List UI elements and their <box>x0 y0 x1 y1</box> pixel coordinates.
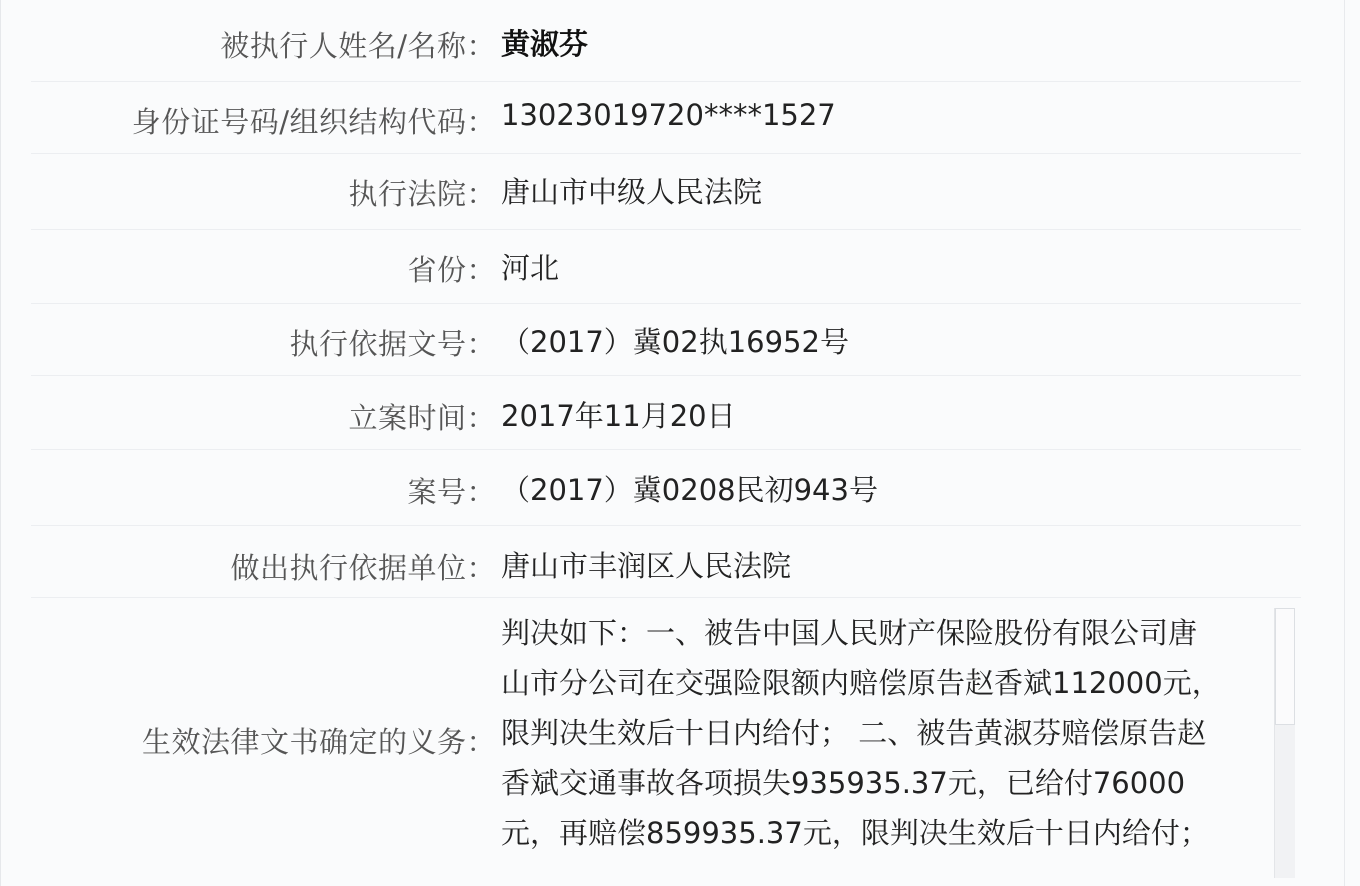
field-value: （2017）冀0208民初943号 <box>501 468 878 509</box>
field-row-obligation: 生效法律文书确定的义务： 判决如下：一、被告中国人民财产保险股份有限公司唐 山市… <box>31 598 1301 886</box>
obligation-line: 限判决生效后十日内给付； 二、被告黄淑芬赔偿原告赵 <box>501 708 1291 758</box>
field-row-case-number: 案号： （2017）冀0208民初943号 <box>31 450 1301 526</box>
field-value: 唐山市丰润区人民法院 <box>501 544 791 585</box>
field-value: 唐山市中级人民法院 <box>501 170 762 211</box>
field-label: 身份证号码/组织结构代码： <box>132 100 496 141</box>
field-row-issuing-unit: 做出执行依据单位： 唐山市丰润区人民法院 <box>31 526 1301 598</box>
obligation-text: 判决如下：一、被告中国人民财产保险股份有限公司唐 山市分公司在交强险限额内赔偿原… <box>501 608 1291 858</box>
field-row-filing-date: 立案时间： 2017年11月20日 <box>31 376 1301 450</box>
scrollbar-thumb[interactable] <box>1275 608 1295 725</box>
field-row-id-number: 身份证号码/组织结构代码： 13023019720****1527 <box>31 82 1301 154</box>
obligation-line: 香斌交通事故各项损失935935.37元，已给付76000 <box>501 758 1291 808</box>
obligation-line: 判决如下：一、被告中国人民财产保险股份有限公司唐 <box>501 608 1291 658</box>
obligation-scrollbar[interactable] <box>1274 608 1295 878</box>
obligation-line: 山市分公司在交强险限额内赔偿原告赵香斌112000元， <box>501 658 1291 708</box>
field-label: 做出执行依据单位： <box>230 546 496 587</box>
field-value: 河北 <box>501 246 559 287</box>
field-value: 黄淑芬 <box>501 22 588 63</box>
field-label: 执行依据文号： <box>289 322 496 363</box>
field-label: 被执行人姓名/名称： <box>220 24 496 65</box>
divider <box>1344 0 1345 886</box>
case-detail-panel: 被执行人姓名/名称： 黄淑芬 身份证号码/组织结构代码： 13023019720… <box>0 0 1360 886</box>
field-label: 立案时间： <box>348 396 496 437</box>
field-row-basis-doc: 执行依据文号： （2017）冀02执16952号 <box>31 304 1301 376</box>
field-row-province: 省份： 河北 <box>31 230 1301 304</box>
field-value: 2017年11月20日 <box>501 394 736 435</box>
obligation-line: 元，再赔偿859935.37元，限判决生效后十日内给付； <box>501 808 1291 858</box>
field-label: 省份： <box>407 248 496 289</box>
field-row-name: 被执行人姓名/名称： 黄淑芬 <box>31 0 1301 82</box>
field-value: 13023019720****1527 <box>501 98 836 132</box>
field-label: 执行法院： <box>348 172 496 213</box>
field-row-court: 执行法院： 唐山市中级人民法院 <box>31 154 1301 230</box>
field-value: （2017）冀02执16952号 <box>501 320 849 361</box>
field-label: 生效法律文书确定的义务： <box>142 720 496 761</box>
field-label: 案号： <box>407 470 496 511</box>
